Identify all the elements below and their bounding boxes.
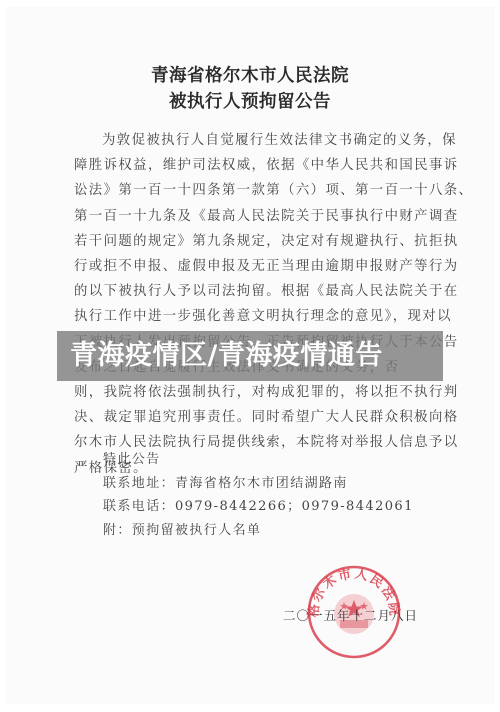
notice-body: 为敦促被执行人自觉履行生效法律文书确定的义务，保 障胜诉权益，维护司法权威，依据… <box>74 128 436 481</box>
document-title-court: 青海省格尔木市人民法院 <box>0 62 500 87</box>
contact-address: 联系地址：青海省格尔木市团结湖路南 <box>103 472 414 496</box>
body-line: 讼法》第一百一十四条第一款第（六）项、第一百一十八条、 <box>74 178 436 203</box>
body-line: 为敦促被执行人自觉履行生效法律文书确定的义务，保 <box>74 128 436 153</box>
notice-footer: 特此公告 联系地址：青海省格尔木市团结湖路南 联系电话：0979-8442266… <box>103 448 414 542</box>
notice-date: 二〇一五年十二月八日 <box>283 606 418 624</box>
closing-text: 特此公告 <box>103 448 414 472</box>
overlay-banner-title: 青海疫情区/青海疫情通告 <box>70 334 430 378</box>
document-title-notice: 被执行人预拘留公告 <box>0 88 500 113</box>
attachment-note: 附：预拘留被执行人名单 <box>103 519 414 543</box>
body-line: 若干问题的规定》第九条规定，决定对有规避执行、抗拒执 <box>74 229 436 254</box>
body-line: 行或拒不申报、虚假申报及无正当理由逾期申报财产等行为 <box>74 254 436 279</box>
body-line: 障胜诉权益，维护司法权威，依据《中华人民共和国民事诉 <box>74 153 436 178</box>
body-line: 第一百一十九条及《最高人民法院关于民事执行中财产调查 <box>74 204 436 229</box>
body-line: 则，我院将依法强制执行，对构成犯罪的，将以拒不执行判 <box>74 380 436 405</box>
body-line: 决、裁定罪追究刑事责任。同时希望广大人民群众积极向格 <box>74 405 436 430</box>
body-line: 执行工作中进一步强化善意文明执行理念的意见》，现对以 <box>74 304 436 329</box>
contact-phone: 联系电话：0979-8442266；0979-8442061 <box>103 495 414 519</box>
body-line: 的以下被执行人予以司法拘留。根据《最高人民法院关于在 <box>74 279 436 304</box>
